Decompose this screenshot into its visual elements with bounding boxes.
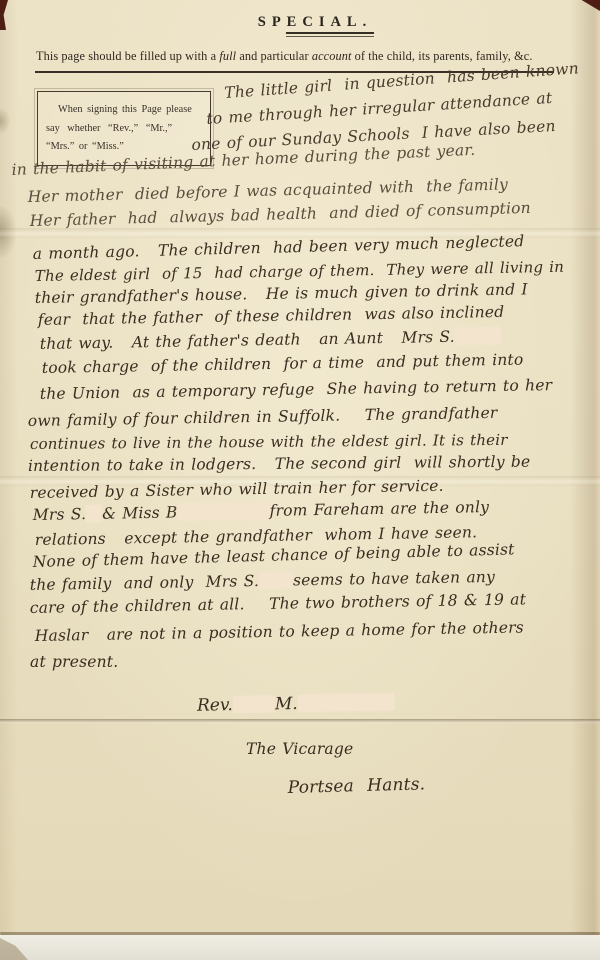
handwriting-text: from Fareham are the only (269, 498, 489, 520)
redaction-patch (86, 505, 102, 522)
handwriting-text: at present. (30, 653, 118, 671)
scanned-document-page: { "document": { "header": { "title": "SP… (0, 0, 600, 960)
page-title: SPECIAL. (15, 13, 600, 37)
address-town: Portsea Hants. (287, 774, 425, 798)
paper-edge-tear (0, 206, 16, 258)
signature-line: Rev.M. (197, 692, 394, 715)
instruction-emphasis: account (312, 49, 352, 63)
instruction-text: This page should be filled up with a (36, 49, 219, 63)
signature-prefix: Rev. (197, 695, 233, 716)
redaction-patch (455, 327, 501, 345)
printed-instruction: This page should be filled up with a ful… (36, 49, 596, 64)
address-vicarage: The Vicarage (246, 740, 353, 758)
handwriting-text: & Miss B (102, 503, 178, 522)
title-double-rule (286, 32, 374, 37)
redaction-patch (298, 693, 394, 712)
instruction-text: and particular (236, 49, 312, 63)
signature-initial: M. (275, 694, 298, 714)
handwriting-line: at present. (30, 653, 118, 671)
paper-edge-tear (0, 108, 10, 134)
backing-sheet (0, 935, 600, 960)
redaction-patch (177, 502, 269, 521)
redaction-patch (233, 695, 275, 713)
instruction-emphasis: full (219, 49, 236, 63)
signing-note-line: When signing this Page please (46, 101, 202, 120)
redaction-patch (259, 571, 293, 589)
signing-note-line: say whether “Rev.,” “Mr.,” (46, 120, 202, 139)
handwriting-text: seems to have taken any (293, 568, 495, 590)
handwriting-text: Mrs S. (33, 505, 87, 524)
instruction-text: of the child, its parents, family, &c. (351, 49, 532, 63)
page-title-text: SPECIAL. (258, 14, 372, 31)
